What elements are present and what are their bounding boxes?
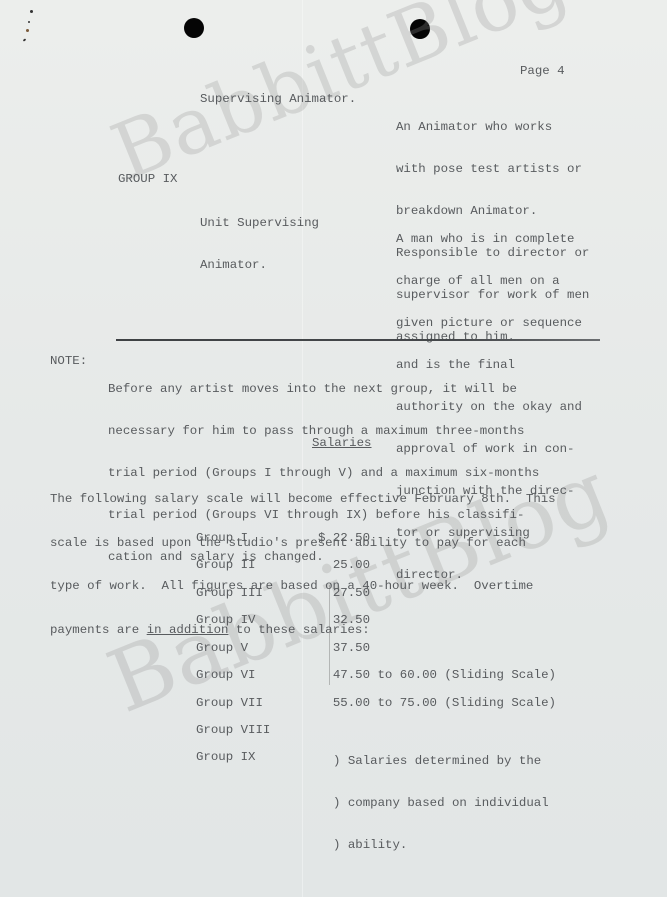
salaries-heading: Salaries — [312, 436, 372, 450]
salary-row: Group III 27.50 — [0, 586, 667, 602]
salary-group: Group I — [196, 531, 248, 545]
salary-row: Group VII 55.00 to 75.00 (Sliding Scale) — [0, 696, 667, 712]
salary-group: Group VII — [196, 696, 263, 710]
divider-rule — [116, 339, 600, 341]
salary-row: Group VI 47.50 to 60.00 (Sliding Scale) — [0, 668, 667, 684]
salary-row: Group I$ 22.50 — [0, 531, 667, 547]
salary-group: Group VIII — [196, 723, 270, 737]
salary-value: 47.50 to 60.00 (Sliding Scale) — [318, 668, 556, 682]
salary-group: Group IV — [196, 613, 256, 627]
ink-specks — [22, 8, 52, 48]
position-title: Supervising Animator. — [200, 92, 356, 106]
salary-value: 55.00 to 75.00 (Sliding Scale) — [318, 696, 556, 710]
salary-row: Group V 37.50 — [0, 641, 667, 657]
salary-value: 37.50 — [318, 641, 370, 655]
note-label: NOTE: — [50, 354, 87, 368]
page-number: Page 4 — [520, 64, 565, 78]
salary-bracket-note: ) Salaries determined by the ) company b… — [333, 726, 549, 880]
punch-hole-icon — [184, 18, 204, 38]
salary-value: 25.00 — [318, 558, 370, 572]
salary-group: Group II — [196, 558, 256, 572]
salary-value: 27.50 — [318, 586, 370, 600]
salary-row: Group IV 32.50 — [0, 613, 667, 629]
document-page: BabbittBlog BabbittBlog Page 4 Supervisi… — [0, 0, 667, 897]
salary-group: Group IX — [196, 750, 256, 764]
salary-value: $ 22.50 — [318, 531, 370, 545]
salary-group: Group III — [196, 586, 263, 600]
salary-group: Group V — [196, 641, 248, 655]
salary-value: 32.50 — [318, 613, 370, 627]
position-title: Unit Supervising Animator. — [200, 188, 319, 300]
salary-group: Group VI — [196, 668, 256, 682]
punch-hole-icon — [410, 19, 430, 39]
salary-row: Group II 25.00 — [0, 558, 667, 574]
group-heading: GROUP IX — [118, 172, 178, 186]
